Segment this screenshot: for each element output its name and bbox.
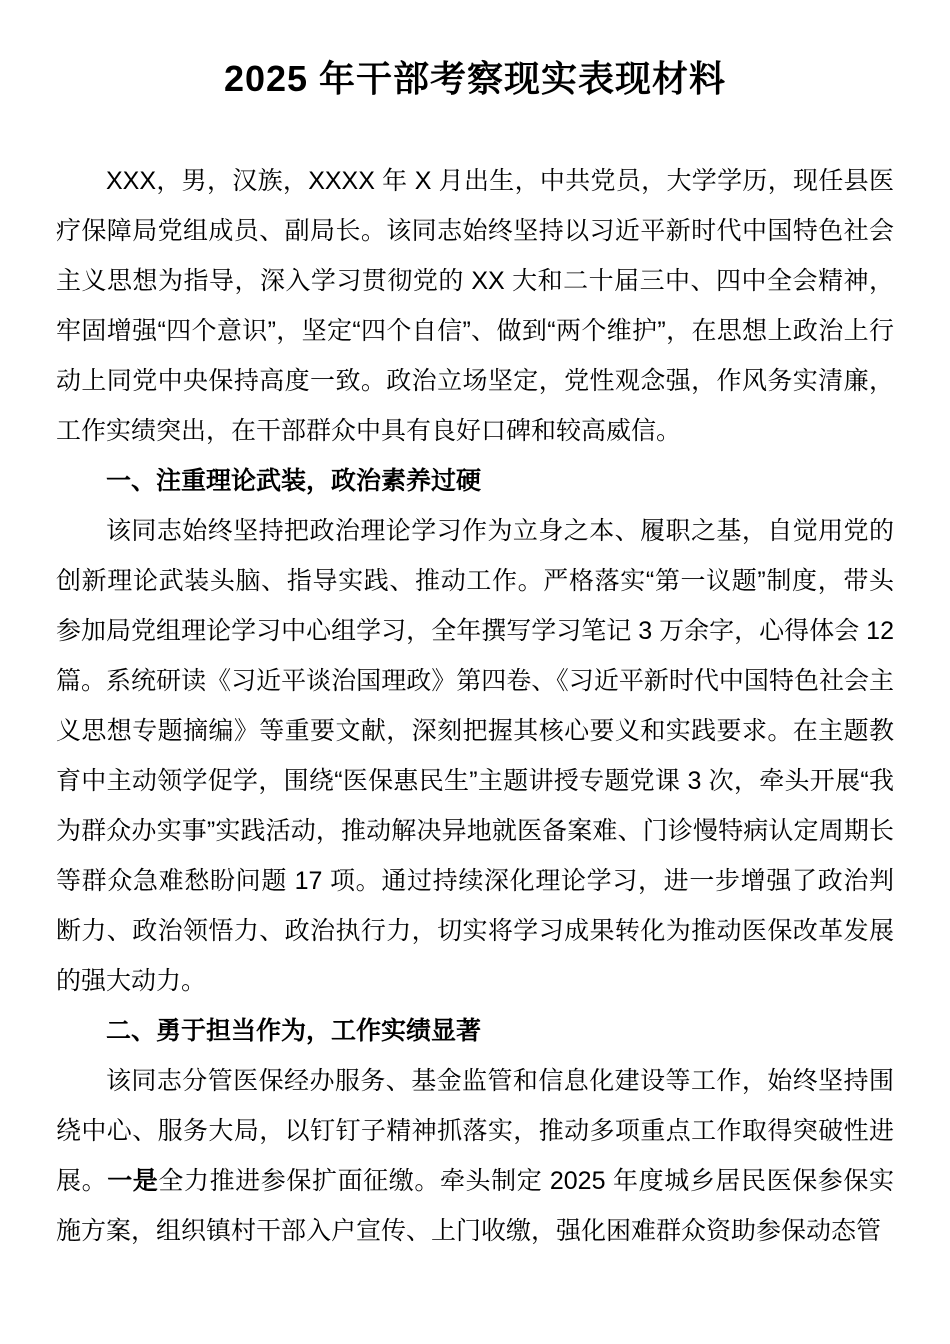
body-paragraph-2: 该同志始终坚持把政治理论学习作为立身之本、履职之基，自觉用党的创新理论武装头脑、…	[56, 506, 894, 1006]
body-paragraph-1: XXX，男，汉族，XXXX 年 X 月出生，中共党员，大学学历，现任县医疗保障局…	[56, 156, 894, 456]
document-title: 2025 年干部考察现实表现材料	[0, 0, 950, 102]
text-run: XXX，男，汉族，XXXX 年 X 月出生，中共党员，大学学历，现任县医疗保障局…	[56, 167, 894, 445]
text-run: 该同志始终坚持把政治理论学习作为立身之本、履职之基，自觉用党的创新理论武装头脑、…	[56, 517, 894, 995]
text-run: 全力推进参保扩面征缴。牵头制定 2025 年度城乡居民医保参保实施方案，组织镇村…	[56, 1167, 894, 1245]
text-run: 一、注重理论武装，政治素养过硬	[106, 467, 481, 495]
document-page: 2025 年干部考察现实表现材料 XXX，男，汉族，XXXX 年 X 月出生，中…	[0, 0, 950, 1344]
bold-text-run: 一是	[107, 1167, 158, 1195]
section-heading-2: 二、勇于担当作为，工作实绩显著	[56, 1006, 894, 1056]
body-paragraph-3: 该同志分管医保经办服务、基金监管和信息化建设等工作，始终坚持围绕中心、服务大局，…	[56, 1056, 894, 1256]
document-body: XXX，男，汉族，XXXX 年 X 月出生，中共党员，大学学历，现任县医疗保障局…	[56, 156, 894, 1256]
text-run: 二、勇于担当作为，工作实绩显著	[106, 1017, 481, 1045]
section-heading-1: 一、注重理论武装，政治素养过硬	[56, 456, 894, 506]
